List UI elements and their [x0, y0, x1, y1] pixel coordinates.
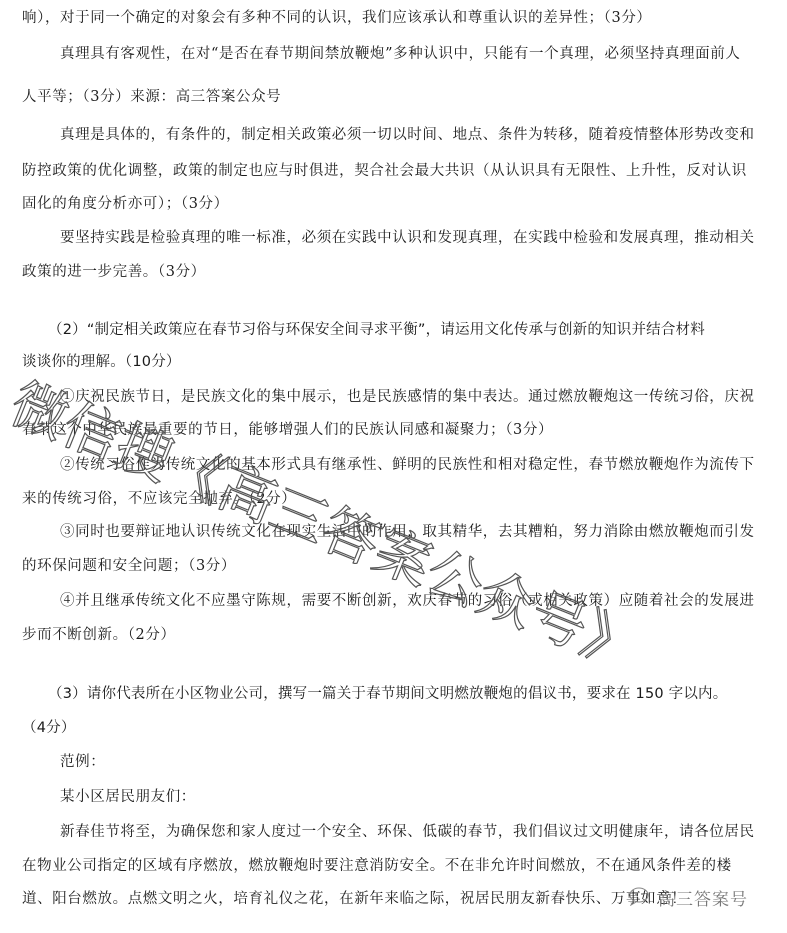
text-line: 固化的角度分析亦可）；（3分） [22, 194, 229, 214]
salutation: 某小区居民朋友们： [60, 787, 196, 807]
document-page: 响），对于同一个确定的对象会有多种不同的认识，我们应该承认和尊重认识的差异性；（… [0, 0, 787, 933]
letter-line: 在物业公司指定的区域有序燃放，燃放鞭炮时要注意消防安全。不在非允许时间燃放，不在… [22, 856, 732, 876]
answer-line: 步而不断创新。（2分） [22, 625, 176, 645]
question-3-line-2: （4分） [22, 718, 76, 738]
text-line: 防控政策的优化调整，政策的制定也应与时俱进，契合社会最大共识（从认识具有无限性、… [22, 161, 747, 181]
text-line: 真理是具体的，有条件的，制定相关政策必须一切以时间、地点、条件为转移，随着疫情整… [60, 125, 755, 145]
text-line: 要坚持实践是检验真理的唯一标准，必须在实践中认识和发现真理，在实践中检验和发展真… [60, 228, 755, 248]
text-line: 响），对于同一个确定的对象会有多种不同的认识，我们应该承认和尊重认识的差异性；（… [22, 8, 652, 28]
wechat-icon [628, 886, 654, 910]
answer-line: ①庆祝民族节日，是民族文化的集中展示，也是民族感情的集中表达。通过燃放鞭炮这一传… [60, 387, 755, 407]
question-3-line-1: （3）请你代表所在小区物业公司，撰写一篇关于春节期间文明燃放鞭炮的倡议书，要求在… [48, 684, 727, 704]
footer-logo-text: 高三答案号 [658, 885, 748, 910]
question-2-line-1: （2）“制定相关政策应在春节习俗与环保安全间寻求平衡”，请运用文化传承与创新的知… [48, 320, 705, 340]
text-line: 人平等；（3分）来源：高三答案公众号 [22, 87, 281, 107]
example-label: 范例： [60, 752, 105, 772]
letter-line: 新春佳节将至，为确保您和家人度过一个安全、环保、低碳的春节，我们倡议过文明健康年… [60, 822, 755, 842]
footer-logo: 高三答案号 [628, 885, 748, 910]
answer-line: 的环保问题和安全问题；（3分） [22, 556, 236, 576]
text-line: 政策的进一步完善。（3分） [22, 262, 206, 282]
text-line: 真理具有客观性，在对“是否在春节期间禁放鞭炮”多种认识中，只能有一个真理，必须坚… [60, 44, 740, 64]
letter-line: 道、阳台燃放。点燃文明之火，培育礼仪之花，在新年来临之际，祝居民朋友新春快乐、万… [22, 889, 686, 909]
